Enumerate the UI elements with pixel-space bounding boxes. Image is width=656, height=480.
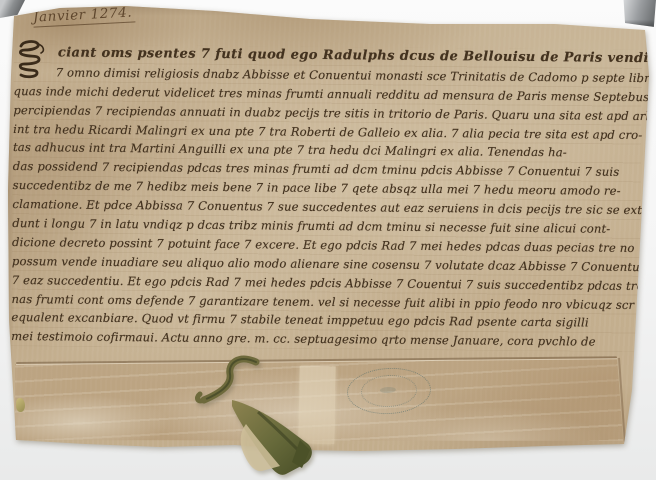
parchment-charter: Janvier 1274. ciant oms psentes 7 futi q…	[0, 0, 656, 480]
parchment-sheet: Janvier 1274. ciant oms psentes 7 futi q…	[0, 0, 656, 480]
seal-tag	[188, 352, 328, 476]
plica-right-edge-crease	[618, 358, 626, 442]
archival-date-note: Janvier 1274.	[33, 4, 136, 25]
archival-date-text: Janvier 1274.	[33, 4, 136, 27]
edge-fragment	[16, 398, 25, 412]
archive-stamp	[346, 366, 432, 416]
charter-text: ciant oms psentes 7 futi quod ego Radulp…	[11, 44, 642, 352]
